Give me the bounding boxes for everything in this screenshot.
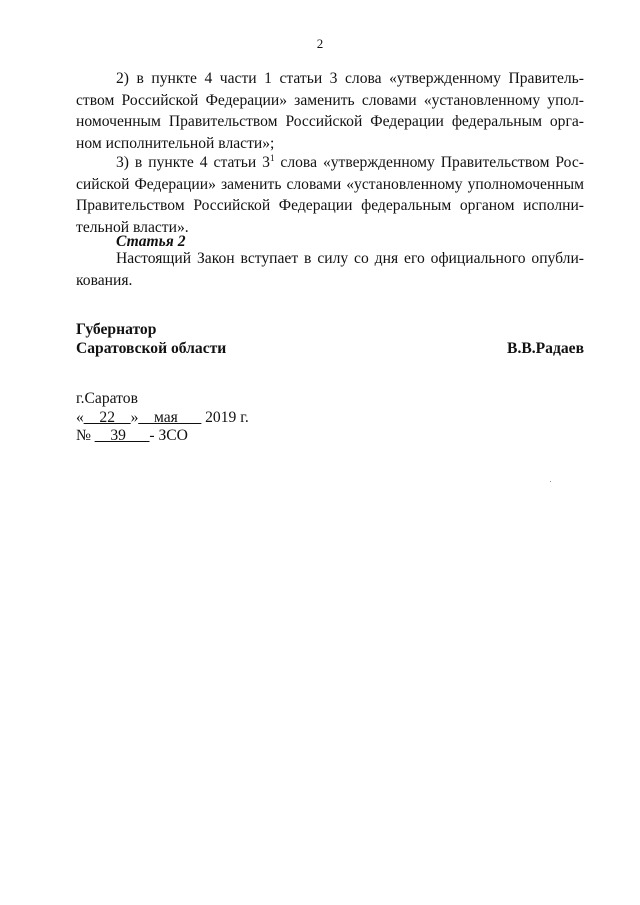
signatory-title: Губернатор Саратовской области — [76, 320, 226, 358]
text-line: 2) в пункте 4 части 1 статьи 3 слова «ут… — [76, 68, 584, 90]
document-page: 2 2) в пункте 4 части 1 статьи 3 слова «… — [0, 0, 640, 905]
text-fragment: слова «утвержденному Правительством Рос- — [274, 154, 584, 171]
text-line: ством Российской Федерации» заменить сло… — [76, 90, 584, 112]
text-line: Настоящий Закон вступает в силу со дня е… — [76, 248, 584, 270]
city: г.Саратов — [76, 390, 249, 409]
law-number-suffix: - ЗСО — [149, 427, 188, 444]
page-number: 2 — [0, 36, 640, 52]
scan-speck — [550, 481, 551, 482]
signatory-title-line: Губернатор — [76, 320, 226, 339]
number-sign: № — [76, 427, 95, 444]
law-number: __39___ — [95, 427, 150, 444]
text-line: номоченным Правительством Российской Фед… — [76, 111, 584, 133]
amendment-item-3: 3) в пункте 4 статьи 31 слова «утвержден… — [76, 152, 584, 238]
signatory-name: В.В.Радаев — [507, 339, 584, 358]
article-2-body: Настоящий Закон вступает в силу со дня е… — [76, 248, 584, 291]
amendment-item-2: 2) в пункте 4 части 1 статьи 3 слова «ут… — [76, 68, 584, 154]
text-line: Правительством Российской Федерации феде… — [76, 195, 584, 217]
date-month: __мая___ — [138, 409, 201, 426]
date-line: «__22__»__мая___ 2019 г. — [76, 409, 249, 428]
text-line: сийской Федерации» заменить словами «уст… — [76, 174, 584, 196]
signatory-title-line: Саратовской области — [76, 339, 226, 358]
text-line: 3) в пункте 4 статьи 31 слова «утвержден… — [76, 152, 584, 174]
text-fragment: 3) в пункте 4 статьи 3 — [116, 154, 270, 171]
place-and-date: г.Саратов «__22__»__мая___ 2019 г. № __3… — [76, 390, 249, 446]
quote: « — [76, 409, 84, 426]
date-year: 2019 г. — [201, 409, 249, 426]
law-number-line: № __39___- ЗСО — [76, 427, 249, 446]
text-line: кования. — [76, 270, 584, 292]
date-day: __22__ — [84, 409, 131, 426]
